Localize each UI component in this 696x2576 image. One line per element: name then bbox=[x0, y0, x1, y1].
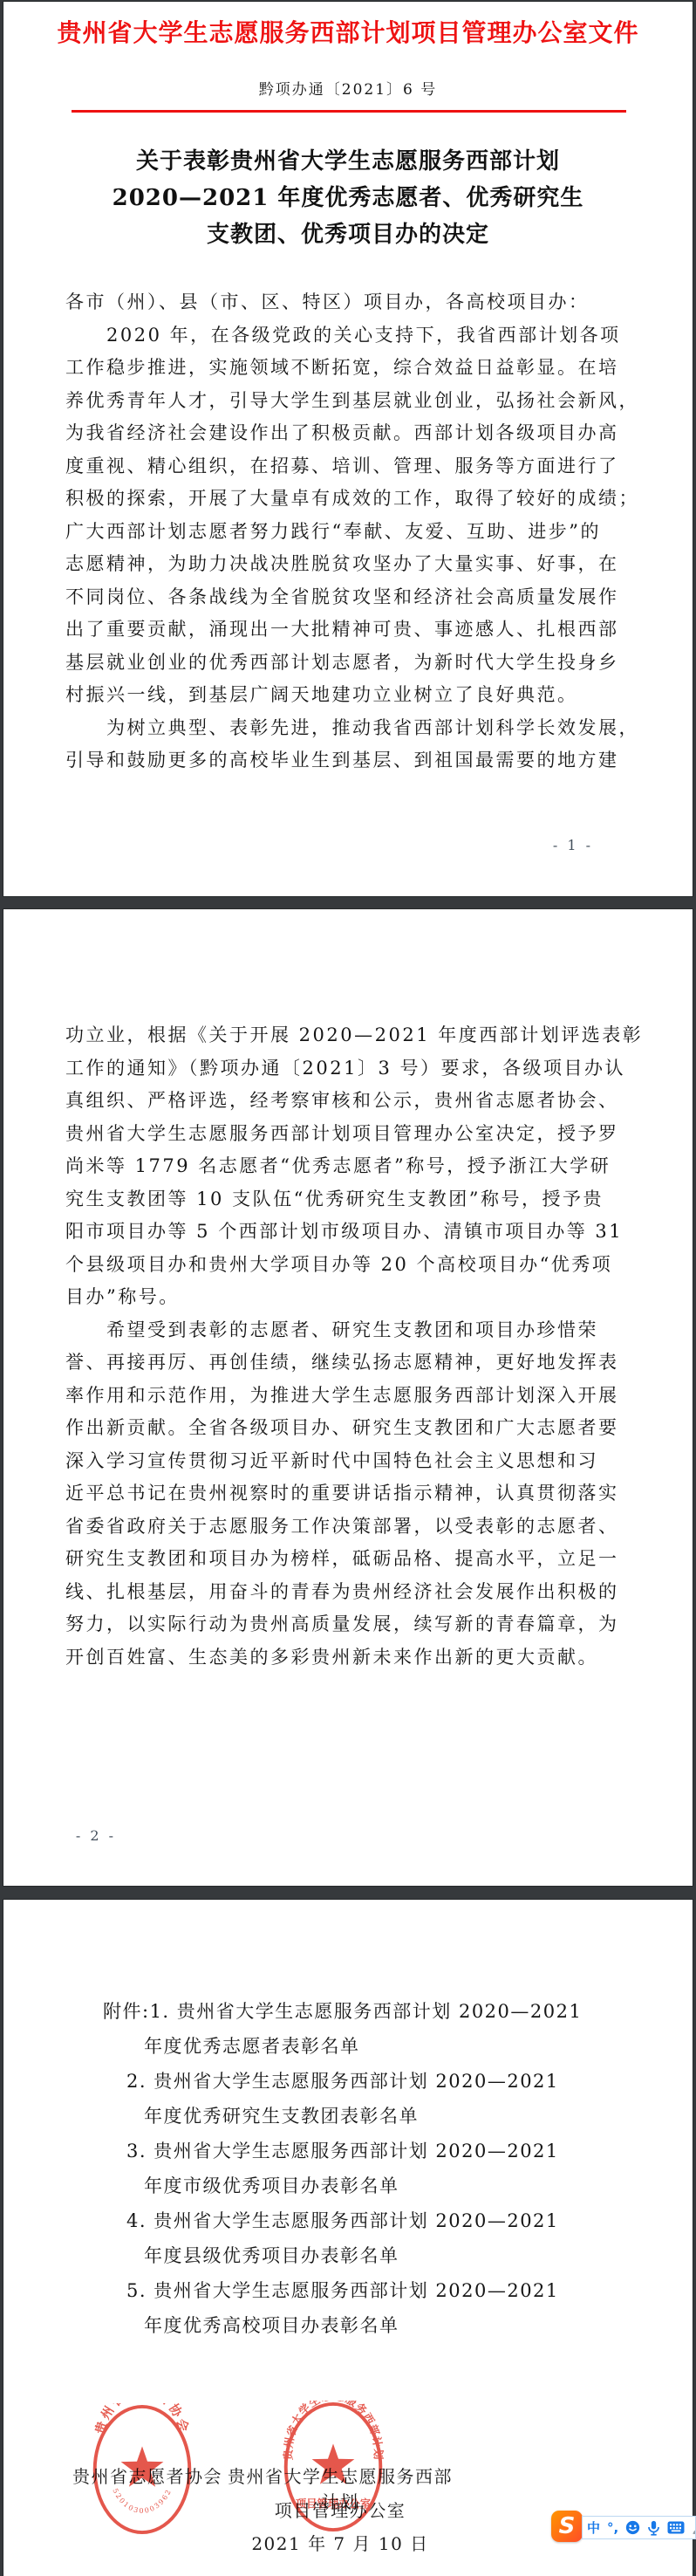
signature-date: 2021 年 7 月 10 日 bbox=[226, 2530, 454, 2555]
body-line: 誉、再接再厉、再创佳绩，继续弘扬志愿精神，更好地发挥表 bbox=[65, 1346, 634, 1380]
attachment-line: 3. 贵州省大学生志愿服务西部计划 2020—2021 bbox=[103, 2134, 582, 2168]
seal-star-icon bbox=[312, 2443, 355, 2484]
attachment-list: 附件:1. 贵州省大学生志愿服务西部计划 2020—2021 年度优秀志愿者表彰… bbox=[103, 1994, 582, 2343]
attachment-line: 2. 贵州省大学生志愿服务西部计划 2020—2021 bbox=[103, 2064, 582, 2099]
document-title-line: 支教团、优秀项目办的决定 bbox=[3, 216, 693, 253]
official-seal-left: 贵州省志愿者协会 5201030003962 bbox=[90, 2403, 194, 2536]
body-line: 为我省经济社会建设作出了积极贡献。西部计划各级项目办高 bbox=[65, 417, 634, 450]
body-line: 不同岗位、各条战线为全省脱贫攻坚和经济社会高质量发展作 bbox=[65, 581, 634, 614]
seal-number: 5201030003962 bbox=[111, 2487, 173, 2515]
svg-text:5201030003962: 5201030003962 bbox=[111, 2487, 173, 2515]
body-line: 开创百姓富、生态美的多彩贵州新未来作出新的更大贡献。 bbox=[65, 1641, 634, 1675]
document-title-line: 2020—2021 年度优秀志愿者、优秀研究生 bbox=[3, 180, 693, 216]
body-line: 真组织、严格评选，经考察审核和公示，贵州省志愿者协会、 bbox=[65, 1085, 634, 1118]
attachment-line: 年度县级优秀项目办表彰名单 bbox=[103, 2238, 582, 2273]
ime-emoji-icon[interactable] bbox=[625, 2520, 640, 2535]
body-line: 究生支教团等 10 支队伍“优秀研究生支教团”称号，授予贵 bbox=[65, 1183, 634, 1216]
official-seal-right: 贵州省大学生志愿服务西部计划 项目管理办公室 bbox=[280, 2401, 386, 2533]
document-page-1: 贵州省大学生志愿服务西部计划项目管理办公室文件 黔项办通〔2021〕6 号 关于… bbox=[3, 2, 693, 896]
body-line: 近平总书记在贵州视察时的重要讲话指示精神，认真贯彻落实 bbox=[65, 1477, 634, 1511]
ime-logo[interactable]: S bbox=[551, 2511, 583, 2542]
body-line: 养优秀青年人才，引导大学生到基层就业创业，弘扬社会新风， bbox=[65, 385, 634, 418]
attachment-line: 年度优秀高校项目办表彰名单 bbox=[103, 2308, 582, 2343]
body-line: 率作用和示范作用，为推进大学生志愿服务西部计划深入开展 bbox=[65, 1380, 634, 1413]
attachment-line: 年度市级优秀项目办表彰名单 bbox=[103, 2168, 582, 2203]
attachment-line: 5. 贵州省大学生志愿服务西部计划 2020—2021 bbox=[103, 2273, 582, 2308]
body-line: 各市（州）、县（市、区、特区）项目办，各高校项目办： bbox=[65, 286, 634, 319]
body-line: 基层就业创业的优秀西部计划志愿者，为新时代大学生投身乡 bbox=[65, 647, 634, 680]
body-line: 贵州省大学生志愿服务西部计划项目管理办公室决定，授予罗 bbox=[65, 1118, 634, 1151]
body-line: 目办”称号。 bbox=[65, 1281, 634, 1314]
attachment-line: 年度优秀研究生支教团表彰名单 bbox=[103, 2099, 582, 2134]
body-line: 省委省政府关于志愿服务工作决策部署，以受表彰的志愿者、 bbox=[65, 1511, 634, 1544]
attachment-line: 年度优秀志愿者表彰名单 bbox=[103, 2029, 582, 2064]
document-page-3: 附件:1. 贵州省大学生志愿服务西部计划 2020—2021 年度优秀志愿者表彰… bbox=[3, 1900, 693, 2576]
body-line: 广大西部计划志愿者努力践行“奉献、友爱、互助、进步”的 bbox=[65, 516, 634, 549]
ime-punctuation-button[interactable]: °, bbox=[607, 2520, 618, 2536]
body-line: 深入学习宣传贯彻习近平新时代中国特色社会主义思想和习 bbox=[65, 1445, 634, 1478]
seal-center-text: 项目管理办公室 bbox=[296, 2497, 372, 2510]
body-line: 作出新贡献。全省各级项目办、研究生支教团和广大志愿者要 bbox=[65, 1412, 634, 1445]
ime-settings-person-icon[interactable] bbox=[692, 2521, 696, 2535]
attachment-line: 4. 贵州省大学生志愿服务西部计划 2020—2021 bbox=[103, 2203, 582, 2238]
attachment-line: 附件:1. 贵州省大学生志愿服务西部计划 2020—2021 bbox=[103, 1994, 582, 2029]
body-line: 线、扎根基层，用奋斗的青春为贵州经济社会发展作出积极的 bbox=[65, 1576, 634, 1609]
ime-toolbar: 中 °, bbox=[582, 2516, 696, 2539]
red-divider bbox=[72, 110, 626, 113]
body-line: 功立业，根据《关于开展 2020—2021 年度西部计划评选表彰 bbox=[65, 1019, 634, 1052]
doc-number: 黔项办通〔2021〕6 号 bbox=[3, 77, 693, 99]
body-line: 研究生支教团和项目办为榜样，砥砺品格、提高水平，立足一 bbox=[65, 1543, 634, 1576]
page-number-1: - 1 - bbox=[525, 837, 621, 853]
document-page-2: 功立业，根据《关于开展 2020—2021 年度西部计划评选表彰 工作的通知》（… bbox=[3, 909, 693, 1886]
pdf-viewer: 贵州省大学生志愿服务西部计划项目管理办公室文件 黔项办通〔2021〕6 号 关于… bbox=[0, 0, 696, 2576]
body-line: 积极的探索，开展了大量卓有成效的工作，取得了较好的成绩； bbox=[65, 483, 634, 516]
body-line: 工作稳步推进，实施领域不断拓宽，综合效益日益彰显。在培 bbox=[65, 352, 634, 385]
body-line: 志愿精神，为助力决战决胜脱贫攻坚办了大量实事、好事，在 bbox=[65, 548, 634, 581]
page1-body: 各市（州）、县（市、区、特区）项目办，各高校项目办： 2020 年，在各级党政的… bbox=[65, 286, 634, 778]
page-number-2: - 2 - bbox=[52, 1827, 140, 1844]
body-line: 个县级项目办和贵州大学项目办等 20 个高校项目办“优秀项 bbox=[65, 1249, 634, 1282]
ime-keyboard-icon[interactable] bbox=[667, 2521, 685, 2534]
body-line: 出了重要贡献，涌现出一大批精神可贵、事迹感人、扎根西部 bbox=[65, 613, 634, 647]
body-line: 引导和鼓励更多的高校毕业生到基层、到祖国最需要的地方建 bbox=[65, 744, 634, 778]
document-title-line: 关于表彰贵州省大学生志愿服务西部计划 bbox=[3, 143, 693, 180]
org-title: 贵州省大学生志愿服务西部计划项目管理办公室文件 bbox=[3, 14, 693, 49]
ime-chinese-mode-button[interactable]: 中 bbox=[587, 2518, 600, 2537]
body-line: 村振兴一线，到基层广阔天地建功立业树立了良好典范。 bbox=[65, 679, 634, 712]
body-line: 阳市项目办等 5 个西部计划市级项目办、清镇市项目办等 31 bbox=[65, 1216, 634, 1249]
document-title: 关于表彰贵州省大学生志愿服务西部计划 2020—2021 年度优秀志愿者、优秀研… bbox=[3, 143, 693, 253]
seal-star-icon bbox=[121, 2446, 164, 2486]
body-line: 努力，以实际行动为贵州高质量发展，续写新的青春篇章，为 bbox=[65, 1608, 634, 1641]
page2-body: 功立业，根据《关于开展 2020—2021 年度西部计划评选表彰 工作的通知》（… bbox=[65, 1019, 634, 1674]
body-line: 度重视、精心组织，在招募、培训、管理、服务等方面进行了 bbox=[65, 450, 634, 483]
body-line: 工作的通知》（黔项办通〔2021〕3 号）要求，各级项目办认 bbox=[65, 1052, 634, 1086]
ime-microphone-icon[interactable] bbox=[647, 2520, 660, 2536]
body-line: 2020 年，在各级党政的关心支持下，我省西部计划各项 bbox=[65, 319, 634, 353]
body-line: 为树立典型、表彰先进，推动我省西部计划科学长效发展， bbox=[65, 712, 634, 745]
body-line: 希望受到表彰的志愿者、研究生支教团和项目办珍惜荣 bbox=[65, 1314, 634, 1347]
body-line: 尚米等 1779 名志愿者“优秀志愿者”称号，授予浙江大学研 bbox=[65, 1150, 634, 1183]
